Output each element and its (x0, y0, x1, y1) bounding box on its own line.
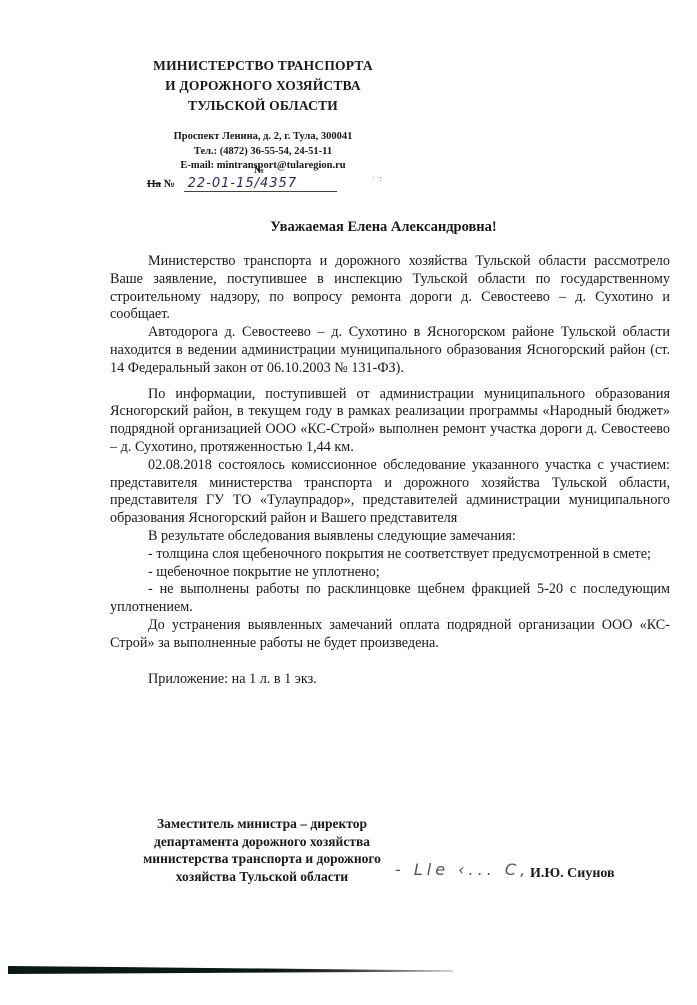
list-item: - щебеночное покрытие не уплотнено; (110, 564, 670, 582)
letterhead: МИНИСТЕРСТВО ТРАНСПОРТА И ДОРОЖНОГО ХОЗЯ… (118, 56, 408, 174)
paragraph: Министерство транспорта и дорожного хозя… (110, 253, 670, 324)
paragraph: По информации, поступившей от администра… (110, 386, 670, 457)
handwritten-ref-number: 22-01-15/4357 (184, 176, 337, 192)
list-item: - не выполнены работы по расклинцовке ще… (110, 581, 670, 617)
handwritten-signature: - Lle ‹... C, (395, 860, 529, 879)
list-item: - толщина слоя щебеночного покрытия не с… (110, 546, 670, 564)
phone: Тел.: (4872) 36-55-54, 24-51-11 (118, 145, 408, 160)
struck-prefix: На (147, 178, 161, 190)
paragraph: В результате обследования выявлены следу… (110, 528, 670, 546)
signer-name: И.Ю. Сиунов (530, 866, 615, 882)
scan-noise: · ·: (372, 174, 382, 183)
organization-name: МИНИСТЕРСТВО ТРАНСПОРТА И ДОРОЖНОГО ХОЗЯ… (118, 56, 408, 116)
paragraph: Автодорога д. Севостеево – д. Сухотино в… (110, 324, 670, 377)
greeting: Уважаемая Елена Александровна! (0, 219, 697, 236)
paragraph: До устранения выявленных замечаний оплат… (110, 617, 670, 653)
letter-body: Министерство транспорта и дорожного хозя… (110, 253, 670, 688)
address: Проспект Ленина, д. 2, г. Тула, 300041 (118, 130, 408, 145)
reference-number: На № 22-01-15/4357 (147, 176, 337, 191)
paragraph: 02.08.2018 состоялось комиссионное обсле… (110, 457, 670, 528)
signatory-title: Заместитель министра – директор департам… (112, 815, 412, 885)
outgoing-number-label: № (254, 165, 264, 176)
attachment-note: Приложение: на 1 л. в 1 экз. (110, 671, 670, 689)
scan-edge-bar (8, 966, 453, 974)
